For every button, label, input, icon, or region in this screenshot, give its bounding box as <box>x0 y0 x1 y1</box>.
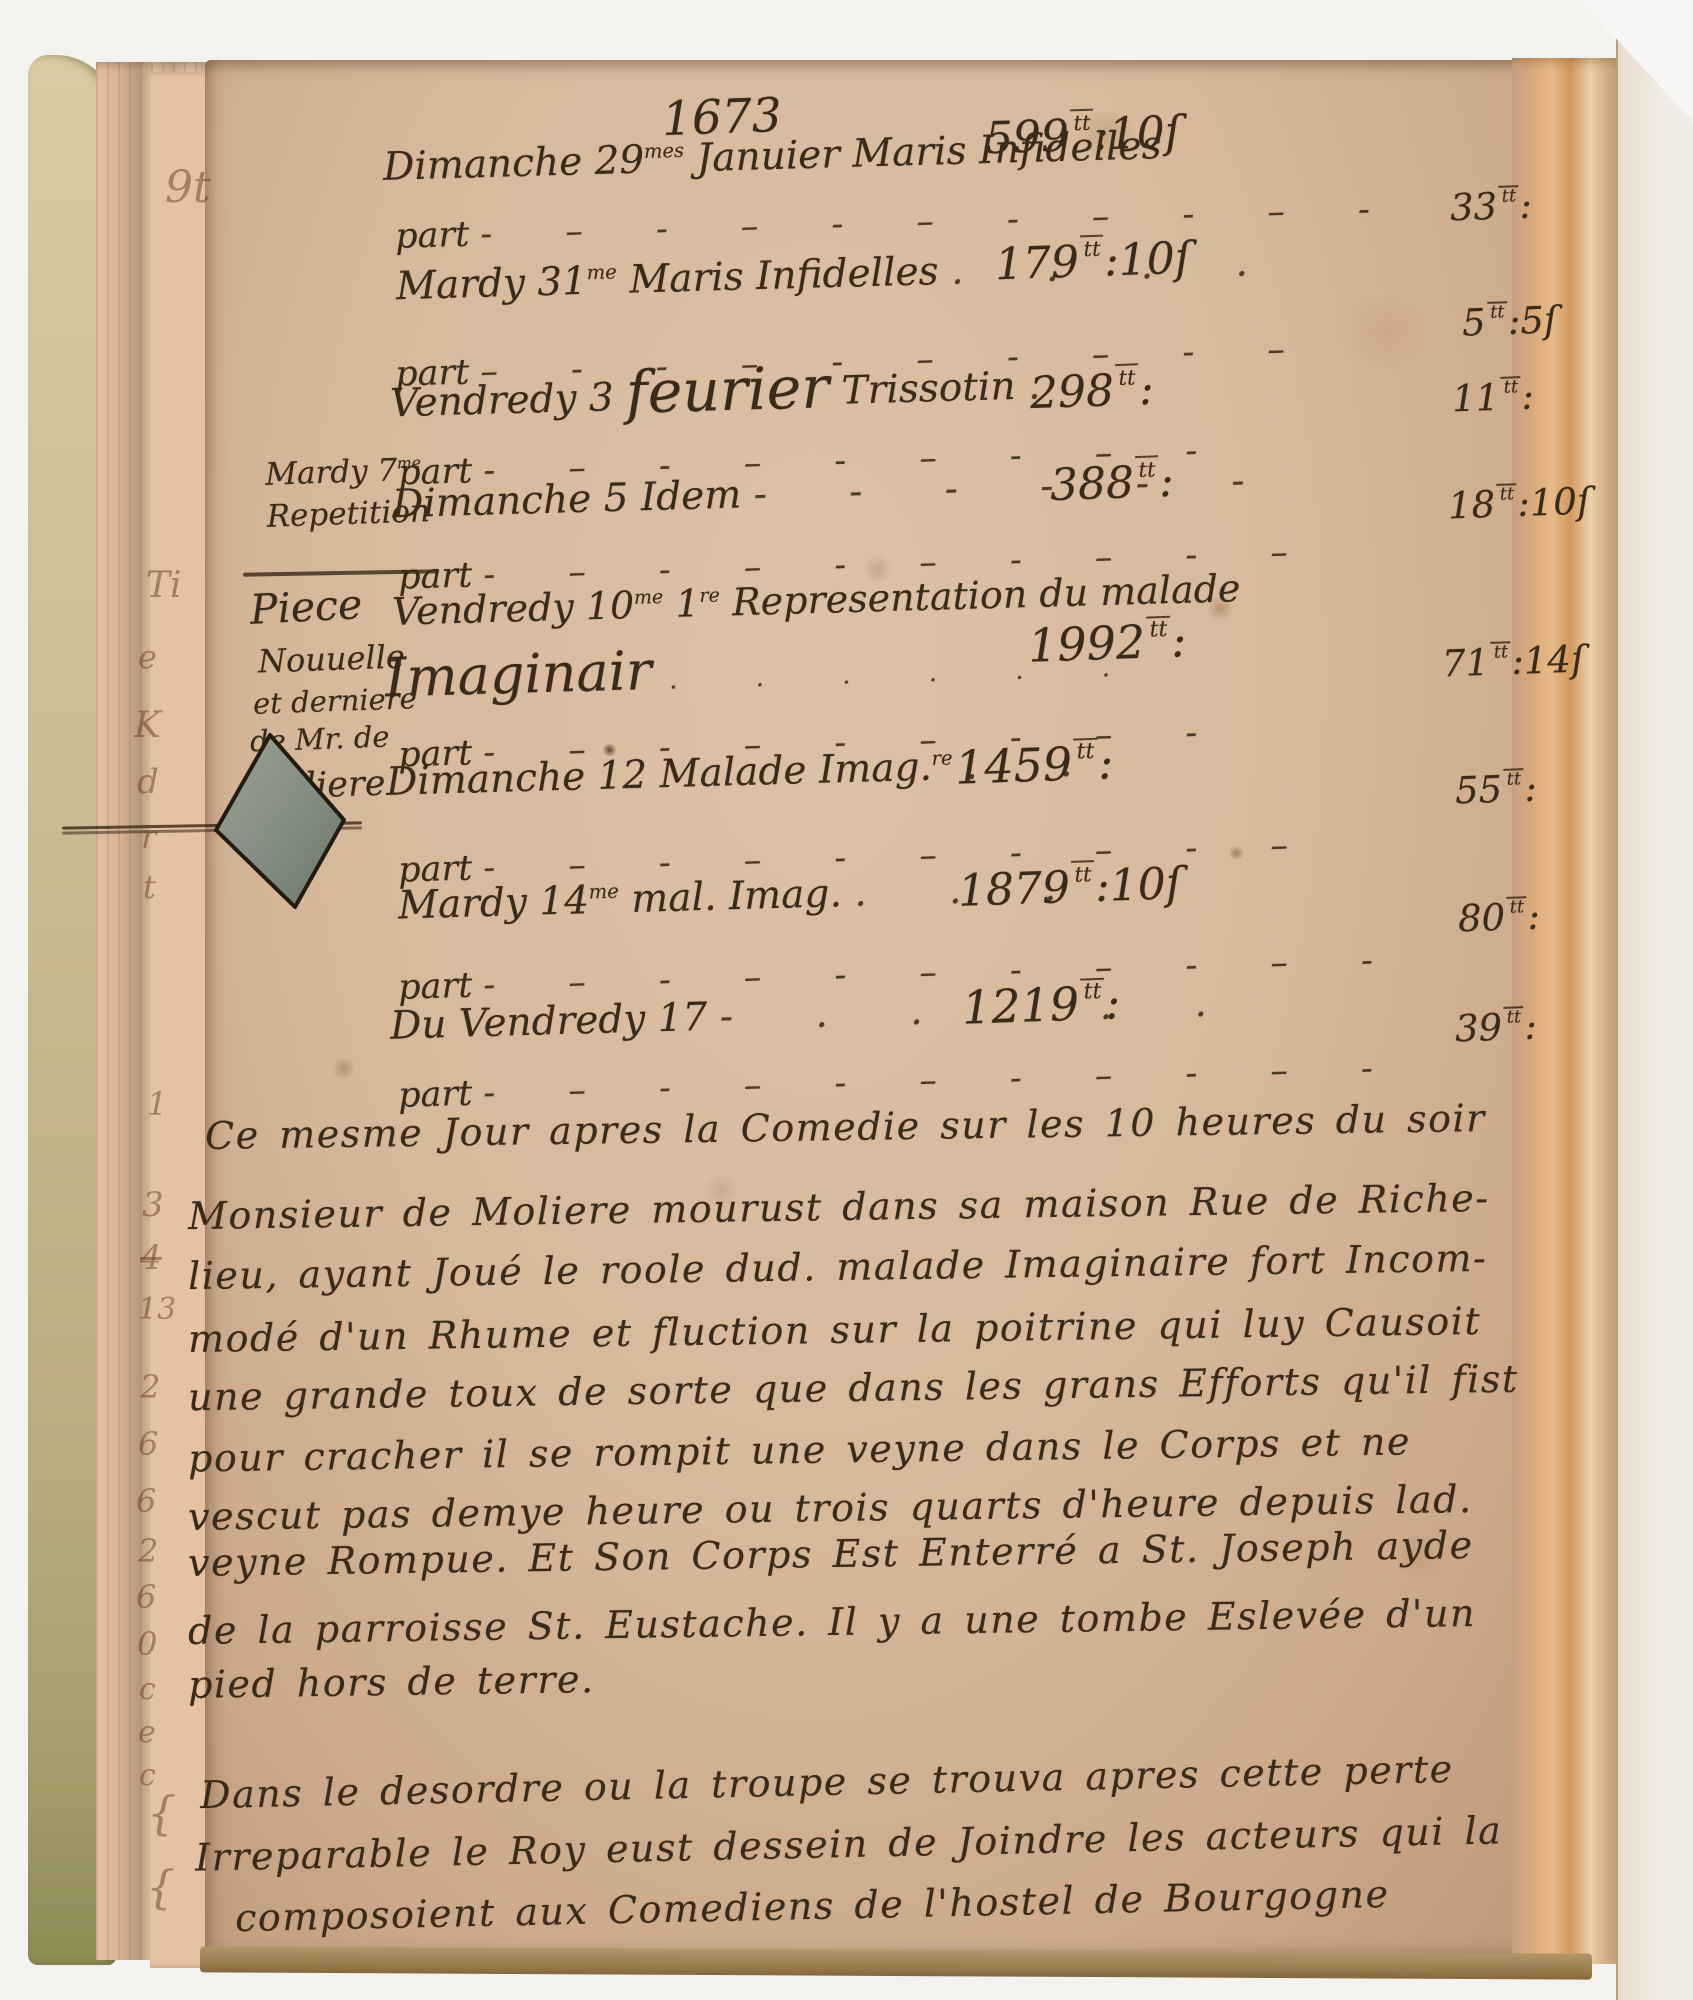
bleedthrough-glyph: 6 <box>136 1482 156 1520</box>
livres-symbol: tt <box>1070 109 1094 134</box>
livres-symbol: tt <box>1080 978 1105 1004</box>
entry-amount: 1459tt: <box>954 735 1114 794</box>
ordinal-superscript: re <box>931 746 953 770</box>
part-amount: 80tt: <box>1457 895 1540 941</box>
livres-symbol: tt <box>1500 376 1521 397</box>
livres-symbol: tt <box>1115 363 1139 388</box>
bleedthrough-glyph: 3 <box>142 1185 164 1225</box>
bleedthrough-glyph: t <box>143 868 156 906</box>
part-amount: 18tt:10ſ <box>1447 480 1591 528</box>
livres-symbol: tt <box>1071 860 1095 885</box>
livres-symbol: tt <box>1073 738 1098 764</box>
livres-symbol: tt <box>1506 896 1527 917</box>
margin-note-piece-line2: Nouuelle <box>257 637 405 680</box>
entry-amount: 179tt:10ſ <box>994 233 1192 291</box>
bleedthrough-glyph: { <box>147 1786 176 1840</box>
bleedthrough-glyph: c <box>139 1672 156 1707</box>
bleedthrough-glyph: 13 <box>138 1292 176 1327</box>
entry-amount: 1992tt: <box>1027 613 1187 672</box>
entry-amount: 599tt:10ſ <box>984 107 1182 165</box>
bleedthrough-glyph: e <box>138 638 157 676</box>
death-note-line: pied hors de terre. <box>188 1657 595 1707</box>
entry-day: Dimanche 29 <box>383 138 645 190</box>
livres-symbol: tt <box>1498 185 1519 206</box>
bleedthrough-glyph: 0 <box>137 1625 157 1663</box>
livres-symbol: tt <box>1146 616 1171 642</box>
bleedthrough-glyph: 1 <box>147 1085 167 1123</box>
livres-symbol: tt <box>1487 301 1508 322</box>
ordinal-superscript: re <box>699 584 720 607</box>
livres-symbol: tt <box>1503 1006 1524 1027</box>
entry-amount: 1219tt: <box>961 975 1121 1034</box>
ordinal-superscript: mes <box>644 139 685 163</box>
livres-symbol: tt <box>1490 641 1511 662</box>
bleedthrough-glyph: e <box>138 1715 156 1750</box>
ordinal-superscript: me <box>588 880 619 904</box>
bleedthrough-glyph: 6 <box>136 1578 156 1616</box>
bleedthrough-glyph: d <box>137 762 159 802</box>
part-amount: 5tt:5ſ <box>1461 298 1558 344</box>
entry-amount: 298tt: <box>1029 364 1154 419</box>
facing-page-sliver <box>1616 0 1693 2000</box>
bleedthrough-glyph: K <box>134 705 161 746</box>
livres-symbol: tt <box>1135 455 1159 480</box>
margin-note-piece-line1: Piece <box>249 580 364 634</box>
bleedthrough-glyph: 2 <box>140 1368 160 1406</box>
death-lozenge-icon <box>213 732 348 910</box>
livres-symbol: tt <box>1080 235 1104 260</box>
livres-symbol: tt <box>1503 768 1524 789</box>
bleedthrough-glyph: 4 <box>140 1238 162 1278</box>
entry-amount: 1879tt:10ſ <box>957 858 1183 917</box>
entry-amount: 388tt: <box>1049 456 1174 511</box>
entry-title-large: feurier <box>625 353 830 427</box>
bleedthrough-glyph: 6 <box>138 1425 158 1463</box>
part-amount: 33tt: <box>1449 184 1532 230</box>
ordinal-superscript: me <box>634 586 664 609</box>
bleedthrough-glyph: 9t <box>165 162 211 213</box>
bleedthrough-glyph: Ti <box>146 565 182 606</box>
bleedthrough-glyph: { <box>146 1860 175 1914</box>
ordinal-superscript: me <box>586 260 617 284</box>
bleedthrough-glyph: r <box>141 818 156 856</box>
part-amount: 71tt:14ſ <box>1441 638 1585 686</box>
manuscript-photograph: 1673 Dimanche 29mes Januier Maris Infide… <box>0 0 1693 2000</box>
livres-symbol: tt <box>1496 483 1517 504</box>
bleedthrough-glyph: 2 <box>138 1532 158 1570</box>
part-amount: 11tt: <box>1451 375 1534 421</box>
part-amount: 39tt: <box>1454 1005 1537 1051</box>
part-amount: 55tt: <box>1454 767 1537 813</box>
